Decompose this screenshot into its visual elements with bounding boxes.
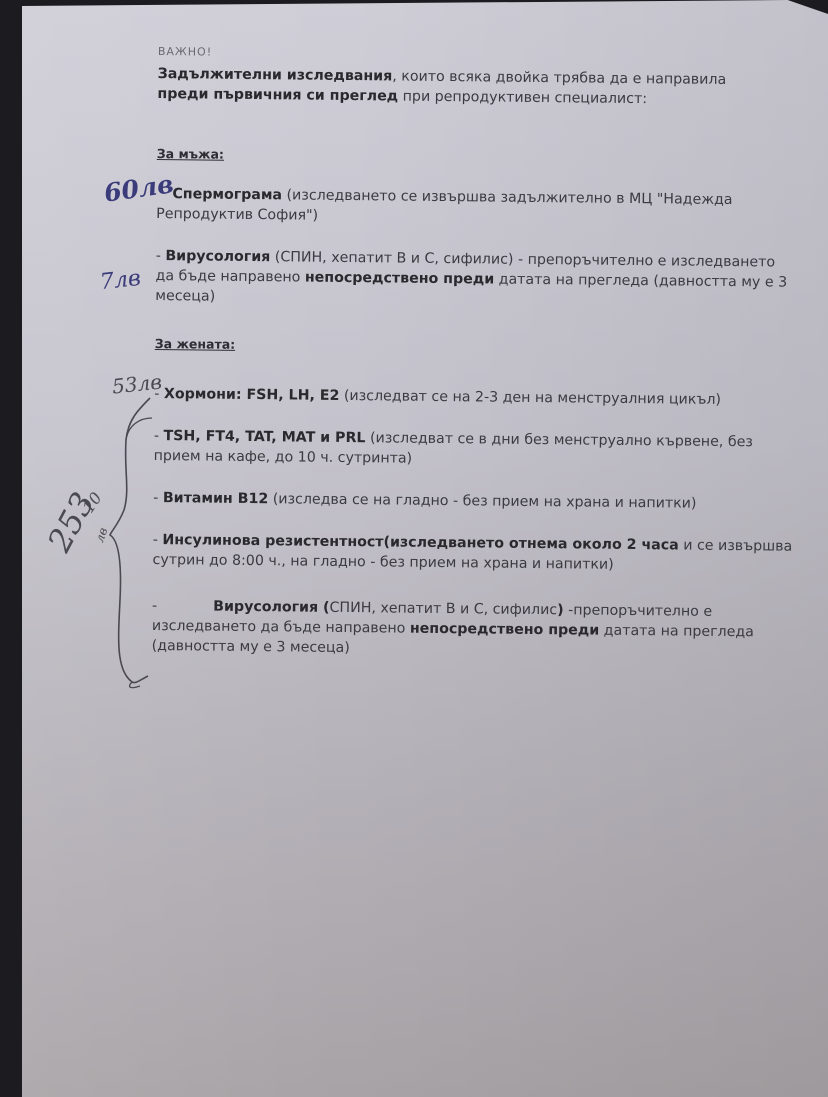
item-prefix: - <box>153 532 163 548</box>
women-item-vitamin-b12: - Витамин В12 (изследва се на гладно - б… <box>153 488 793 515</box>
item-bold: Хормони: FSH, LH, E2 <box>164 386 340 404</box>
item-prefix: - <box>154 428 164 444</box>
item-bold: Вирусология <box>165 248 270 265</box>
women-heading: За жената: <box>155 334 795 361</box>
item-prefix: - <box>154 386 164 402</box>
item-bold: Инсулинова резистентност(изследването от… <box>162 532 679 553</box>
item-bold: Витамин В12 <box>163 490 269 507</box>
item-prefix: - <box>152 598 157 614</box>
intro-bold-2: преди първичния си преглед <box>157 86 398 105</box>
item-prefix: - <box>153 490 163 506</box>
tab-spacer <box>157 610 213 611</box>
item-text: (изследва се на гладно - без прием на хр… <box>268 491 696 511</box>
item-prefix: - <box>156 248 166 264</box>
women-item-hormones: - Хормони: FSH, LH, E2 (изследват се на … <box>154 384 794 411</box>
item-bold: TSH, FT4, TAT, MAT и PRL <box>163 428 365 446</box>
intro-paragraph: Задължителни изследвания, които всяка дв… <box>157 64 797 111</box>
intro-text-2: при репродуктивен специалист: <box>398 89 647 108</box>
item-bold: Спермограма <box>172 186 282 203</box>
men-item-virology: - Вирусология (СПИН, хепатит В и С, сифи… <box>155 246 796 313</box>
item-text: СПИН, хепатит В и С, сифилис <box>329 600 557 618</box>
item-bold: Вирусология ( <box>213 599 330 616</box>
women-item-thyroid: - TSH, FT4, TAT, MAT и PRL (изследват се… <box>154 426 794 473</box>
intro-bold-1: Задължителни изследвания <box>158 66 393 84</box>
women-item-virology: -Вирусология (СПИН, хепатит В и С, сифил… <box>152 596 793 663</box>
men-heading: За мъжа: <box>157 144 797 171</box>
men-item-spermogram: Спермограма (изследването се извършва за… <box>156 184 796 231</box>
intro-text-1: , които всяка двойка трябва да е направи… <box>392 68 726 87</box>
women-item-insulin-resistance: - Инсулинова резистентност(изследването … <box>152 530 792 577</box>
item-bold-3: непосредствено преди <box>410 621 599 639</box>
document-body: ВАЖНО! Задължителни изследвания, които в… <box>152 42 798 663</box>
item-bold-2: непосредствено преди <box>305 270 494 288</box>
item-text: (изследват се на 2-3 ден на менструалния… <box>339 388 721 408</box>
